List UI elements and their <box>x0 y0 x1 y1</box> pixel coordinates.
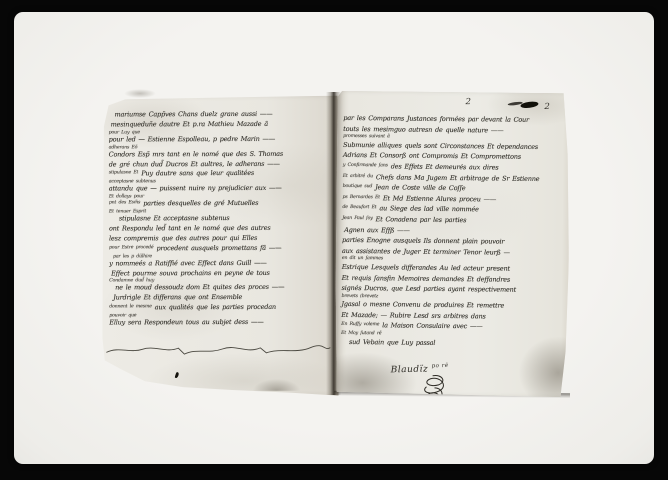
interline-note: Et arbitré du <box>343 171 373 182</box>
line-text: au Siege des lad ville nommée <box>379 205 478 214</box>
line-text: ont Respondu led̃ tant en le nomé que de… <box>109 224 271 233</box>
line-text: des Effets Et demeurés aux dires <box>391 162 499 171</box>
line-text: Elluy sera Respondeun tous au subjet des… <box>109 318 263 327</box>
line-text: procedent ausquels promettans fã —— <box>156 244 281 252</box>
line-text: Et requis ſansfin Memoires demandes Et d… <box>342 273 510 283</box>
handwritten-line: sud Vebain que Luy passal <box>349 337 565 350</box>
page-number-corner: 2 <box>544 102 550 112</box>
line-text: Estrique Lesquels differandes Au led act… <box>342 263 510 273</box>
line-text: attandu que — puissent nuire ny prejudic… <box>109 184 282 193</box>
handwritten-line: Elluy sera Respondeun tous au subjet des… <box>109 318 335 329</box>
manuscript-page-left: mariumse Capp̃ves Chans duelz grane auss… <box>101 96 338 397</box>
interline-note: y Confirmande ſans <box>343 161 388 172</box>
interline-note: pnt des Esm̃s <box>109 199 140 209</box>
line-text: la Maison Consulaire avec —— <box>382 322 482 331</box>
line-text: par les Comparans Justances formées par … <box>343 114 529 124</box>
line-text: Effect pourme souva prochains en peyne d… <box>111 268 270 277</box>
line-text: parties desquelles de gré Mutuelles <box>143 199 258 207</box>
line-text: Adrians Et Consorß ont Compromis Et Comp… <box>343 151 521 161</box>
line-text: mariumse Capp̃ves Chans duelz grane auss… <box>115 110 273 119</box>
line-text: aux assistantes de Juger Et terminer Ten… <box>342 247 510 257</box>
line-text: promesses suivant ã <box>343 134 390 139</box>
line-text: Jean de Coste ville de Coſſe <box>375 183 465 192</box>
line-text: aux qualités que les parties procedan <box>155 303 276 311</box>
line-text: brevets (brevetz <box>341 294 378 299</box>
page-number-center: 2 <box>465 97 471 107</box>
line-text: sud Vebain que Luy passal <box>349 338 435 347</box>
line-text: Jurdrigle Et differans que ont Ensemble <box>113 293 242 301</box>
interline-note: Jean Paul ſoy <box>342 214 372 225</box>
interline-note: ps Bernardes Et <box>342 193 379 204</box>
interline-note: boutique sud <box>343 182 373 193</box>
line-text: Condors Esp̃ mrs tant en le nomé que des… <box>109 149 283 158</box>
line-text: parties Enogne ausquels Ils donnent plai… <box>342 236 504 246</box>
line-text: en dit un ſammes <box>342 256 383 261</box>
graphite-smudge <box>124 89 156 98</box>
line-text: stipulasne Et acceptasne subtenus <box>119 214 230 222</box>
line-text: Agnen aux Effß —— <box>344 225 410 234</box>
interline-note: pour Estre procedé <box>109 243 153 253</box>
pen-flourish-rule <box>104 344 332 359</box>
interline-note: stipulasne Et <box>109 169 139 179</box>
interline-note: En Ruffy voleme <box>341 320 379 331</box>
line-text: Et Moy ſutand rẽ <box>341 331 381 336</box>
line-text: y nommeés a Ratiffié avec Effect dans Gu… <box>109 259 267 268</box>
line-text: Puy dautre sans que leur qualitées <box>141 169 254 177</box>
interline-note: donnent le mesme <box>109 302 151 312</box>
torn-edge-shadow <box>252 379 300 391</box>
line-text: ne le moud dessoudz dom Et quites des pr… <box>115 283 284 292</box>
line-text: Submunie alliques quels sont Circonstanc… <box>343 141 538 151</box>
archival-photo: mariumse Capp̃ves Chans duelz grane auss… <box>0 0 668 480</box>
line-text: Jgasal o mesne Convenu de produires Et r… <box>341 300 504 310</box>
line-text: signés Ducros, que Lesd parties ayant re… <box>341 284 516 294</box>
line-text: mesinqueduñe dautre Et p.ra Mathieu Maza… <box>111 120 268 129</box>
ink-blot <box>520 101 539 109</box>
line-text: Et Mazade; — Rubire Lesd srs arbitres da… <box>341 311 485 321</box>
right-page-text: par les Comparans Justances formées par … <box>341 113 567 350</box>
signature-suffix: po rẽ <box>431 363 448 369</box>
interline-note: de Beaufort Et <box>342 203 376 214</box>
line-text: Chefs dans Ma Jugem Et arbitrage de Sr E… <box>376 173 540 183</box>
line-text: pour led — Estienne Espolleau, p pedre M… <box>109 135 275 144</box>
line-text: touts les mesimguo autresn de quelle nat… <box>343 124 503 134</box>
line-text: lesz compremis que des autres pour qui E… <box>109 234 257 243</box>
manuscript-page-right: 2 2 par les Comparans Justances formées … <box>334 91 570 397</box>
ink-speck <box>175 372 180 379</box>
left-page-text: mariumse Capp̃ves Chans duelz grane auss… <box>109 110 336 329</box>
line-text: de gré chun dud̃ Ducros Et aultres, le a… <box>109 159 280 168</box>
line-text: Et Md Estienne Alures proceu —— <box>383 194 496 203</box>
line-text: Et Conadena par les parties <box>376 215 467 224</box>
